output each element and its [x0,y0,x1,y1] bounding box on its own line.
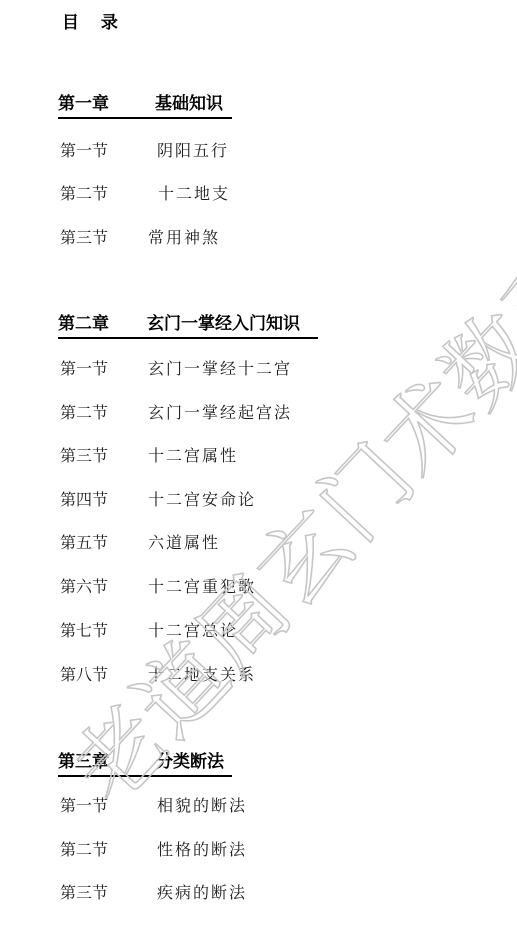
watermark: 老道周玄门术数系 [40,213,517,826]
section-number: 第一节 [60,358,148,380]
chapter-number: 第三章 [58,751,156,773]
section-title: 十二宫总论 [148,620,238,642]
chapter-title: 玄门一掌经入门知识 [147,313,300,335]
section-title: 玄门一掌经起宫法 [148,402,292,424]
chapter-number: 第二章 [58,313,147,335]
section-item: 第三节疾病的断法 [60,882,247,904]
section-number: 第六节 [60,576,148,598]
section-title: 十二地支关系 [148,664,256,686]
section-number: 第八节 [60,664,148,686]
section-number: 第五节 [60,532,148,554]
chapter-heading: 第一章基础知识 [58,93,232,119]
section-item: 第六节十二宫重犯歌 [60,576,256,598]
section-title: 阴阳五行 [157,140,229,162]
section-number: 第二节 [60,402,148,424]
section-title: 疾病的断法 [157,882,247,904]
section-title: 十二宫重犯歌 [148,576,256,598]
section-number: 第一节 [60,140,157,162]
section-title: 十二宫安命论 [148,489,256,511]
section-item: 第一节阴阳五行 [60,140,229,162]
section-item: 第七节十二宫总论 [60,620,238,642]
section-item: 第二节十二地支 [60,183,230,205]
chapter-title: 基础知识 [155,93,223,115]
section-item: 第一节玄门一掌经十二宫 [60,358,292,380]
section-number: 第七节 [60,620,148,642]
section-item: 第八节十二地支关系 [60,664,256,686]
section-item: 第四节十二宫安命论 [60,489,256,511]
section-title: 十二地支 [158,183,230,205]
section-title: 性格的断法 [157,839,247,861]
section-title: 十二宫属性 [148,445,238,467]
section-number: 第二节 [60,839,157,861]
chapter-heading: 第二章玄门一掌经入门知识 [58,313,318,339]
chapter-title: 分类断法 [156,751,224,773]
section-item: 第一节相貌的断法 [60,795,247,817]
toc-title: 目 录 [62,8,126,33]
document-page: 目 录 第一章基础知识 第一节阴阳五行 第二节十二地支 第三节常用神煞 第二章玄… [0,0,517,933]
chapter-heading: 第三章分类断法 [58,751,232,777]
section-number: 第三节 [60,882,157,904]
section-title: 相貌的断法 [157,795,247,817]
section-number: 第二节 [60,183,158,205]
section-number: 第一节 [60,795,157,817]
section-item: 第五节六道属性 [60,532,220,554]
section-title: 六道属性 [148,532,220,554]
section-title: 常用神煞 [148,227,220,249]
section-item: 第二节性格的断法 [60,839,247,861]
section-number: 第三节 [60,445,148,467]
section-item: 第三节十二宫属性 [60,445,238,467]
chapter-number: 第一章 [58,93,155,115]
section-number: 第三节 [60,227,148,249]
section-item: 第二节玄门一掌经起宫法 [60,402,292,424]
section-item: 第三节常用神煞 [60,227,220,249]
section-title: 玄门一掌经十二宫 [148,358,292,380]
section-number: 第四节 [60,489,148,511]
